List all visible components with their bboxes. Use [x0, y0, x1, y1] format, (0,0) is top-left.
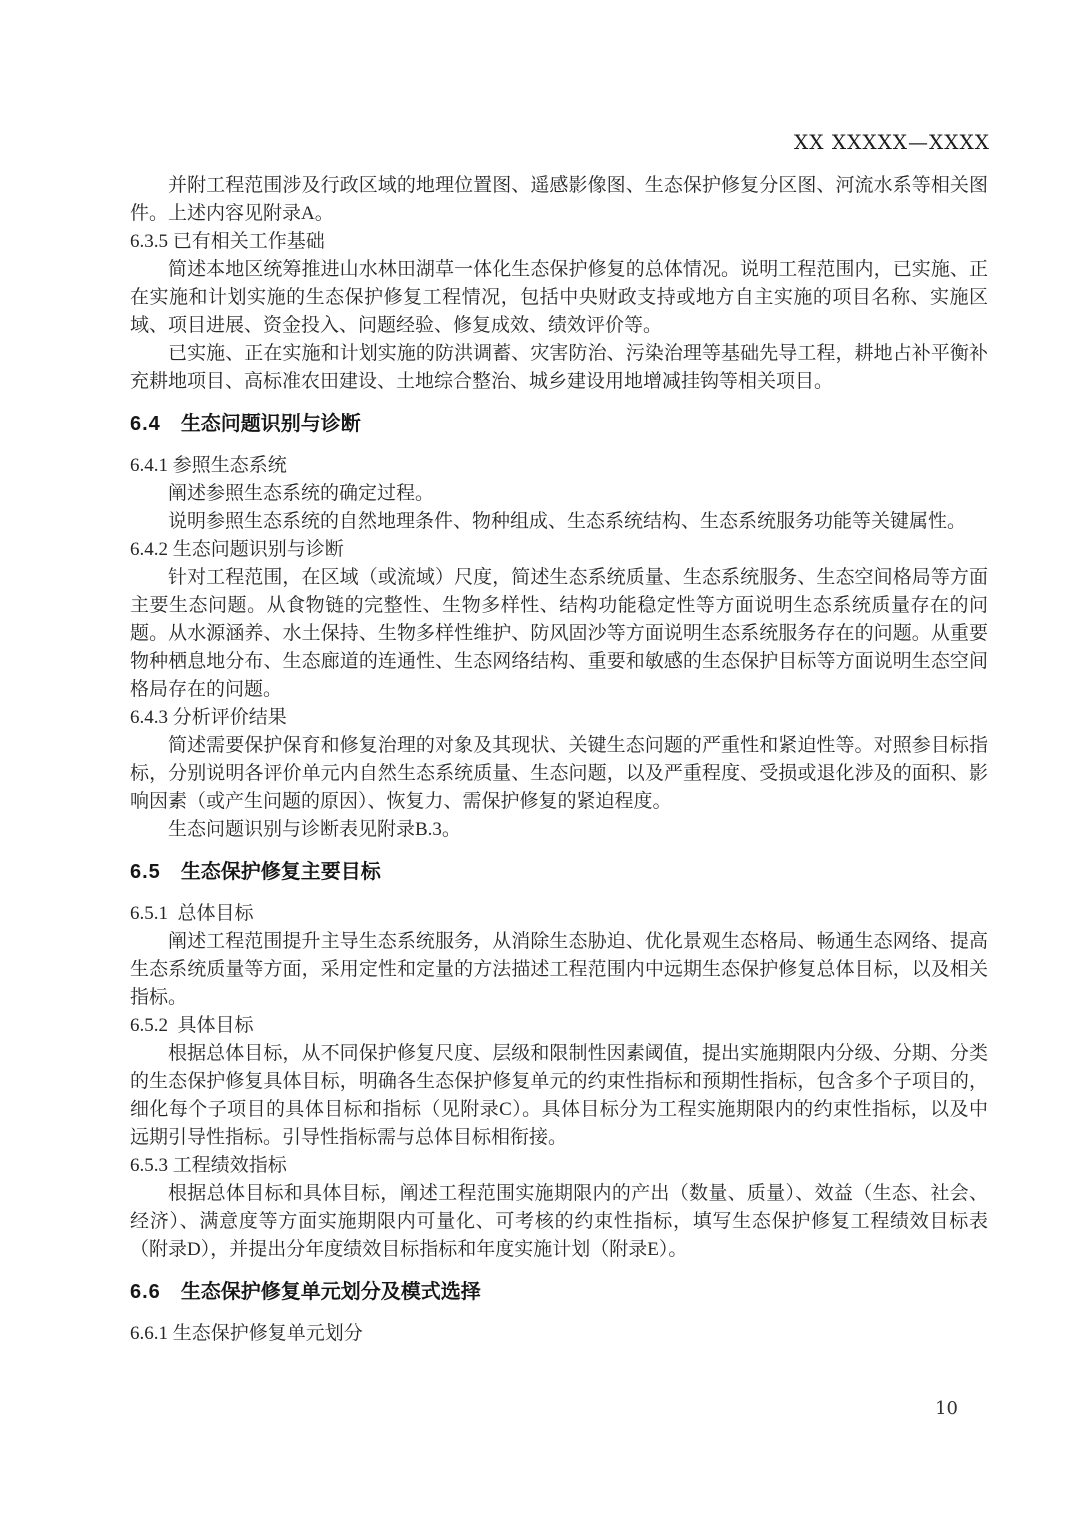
- subsection-heading: 6.4.1 参照生态系统: [130, 452, 988, 480]
- subsection-heading: 6.5.3 工程绩效指标: [130, 1152, 988, 1180]
- subsection-heading: 6.4.3 分析评价结果: [130, 704, 988, 732]
- paragraph: 并附工程范围涉及行政区域的地理位置图、遥感影像图、生态保护修复分区图、河流水系等…: [130, 172, 988, 228]
- section-number: 6.5: [130, 861, 161, 883]
- subsection-heading: 6.3.5 已有相关工作基础: [130, 228, 988, 256]
- paragraph: 根据总体目标和具体目标，阐述工程范围实施期限内的产出（数量、质量）、效益（生态、…: [130, 1180, 988, 1264]
- subsection-heading: 6.4.2 生态问题识别与诊断: [130, 536, 988, 564]
- paragraph: 已实施、正在实施和计划实施的防洪调蓄、灾害防治、污染治理等基础先导工程，耕地占补…: [130, 340, 988, 396]
- paragraph: 阐述工程范围提升主导生态系统服务，从消除生态胁迫、优化景观生态格局、畅通生态网络…: [130, 928, 988, 1012]
- section-title: 生态保护修复主要目标: [181, 861, 381, 883]
- page-number: 10: [935, 1398, 958, 1419]
- document-body: 并附工程范围涉及行政区域的地理位置图、遥感影像图、生态保护修复分区图、河流水系等…: [130, 172, 988, 1348]
- document-page: XX XXXXX—XXXX 并附工程范围涉及行政区域的地理位置图、遥感影像图、生…: [0, 0, 1080, 1527]
- paragraph: 生态问题识别与诊断表见附录B.3。: [130, 816, 988, 844]
- paragraph: 简述本地区统筹推进山水林田湖草一体化生态保护修复的总体情况。说明工程范围内，已实…: [130, 256, 988, 340]
- paragraph: 简述需要保护保育和修复治理的对象及其现状、关键生态问题的严重性和紧迫性等。对照参…: [130, 732, 988, 816]
- section-title: 生态保护修复单元划分及模式选择: [181, 1281, 481, 1303]
- paragraph: 根据总体目标，从不同保护修复尺度、层级和限制性因素阈值，提出实施期限内分级、分期…: [130, 1040, 988, 1152]
- subsection-heading: 6.5.2 具体目标: [130, 1012, 988, 1040]
- paragraph: 针对工程范围，在区域（或流域）尺度，简述生态系统质量、生态系统服务、生态空间格局…: [130, 564, 988, 704]
- section-title: 生态问题识别与诊断: [181, 413, 361, 435]
- paragraph: 阐述参照生态系统的确定过程。: [130, 480, 988, 508]
- section-number: 6.6: [130, 1281, 161, 1303]
- subsection-heading: 6.5.1 总体目标: [130, 900, 988, 928]
- running-header: XX XXXXX—XXXX: [130, 130, 990, 154]
- section-heading: 6.6生态保护修复单元划分及模式选择: [130, 1278, 988, 1306]
- standard-number: XX XXXXX—XXXX: [794, 130, 990, 154]
- paragraph: 说明参照生态系统的自然地理条件、物种组成、生态系统结构、生态系统服务功能等关键属…: [130, 508, 988, 536]
- subsection-heading: 6.6.1 生态保护修复单元划分: [130, 1320, 988, 1348]
- section-heading: 6.4生态问题识别与诊断: [130, 410, 988, 438]
- page-footer: 10: [130, 1398, 958, 1419]
- section-heading: 6.5生态保护修复主要目标: [130, 858, 988, 886]
- section-number: 6.4: [130, 413, 161, 435]
